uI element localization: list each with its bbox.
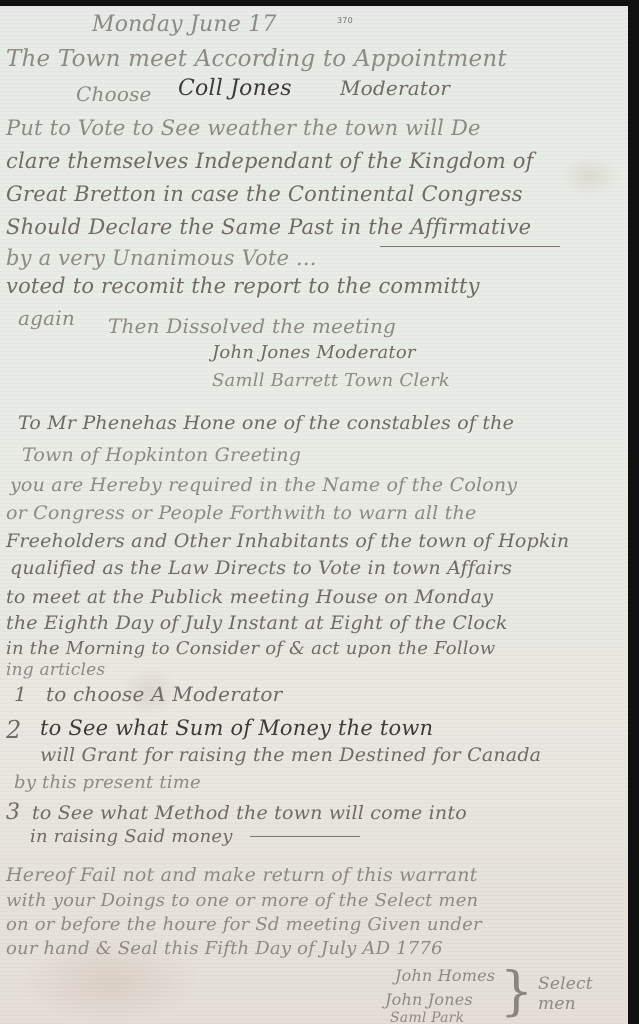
- article-continuation: by this present time: [14, 772, 201, 793]
- warrant-line: Town of Hopkinton Greeting: [22, 444, 301, 466]
- warrant-line: qualified as the Law Directs to Vote in …: [10, 557, 512, 579]
- signature-brace: }: [500, 966, 533, 1018]
- warrant-line: Freeholders and Other Inhabitants of the…: [6, 530, 569, 552]
- selectman-signature: Saml Park: [390, 1010, 464, 1024]
- clerk-signature: Samll Barrett Town Clerk: [212, 370, 450, 391]
- article-number: 3: [6, 800, 20, 825]
- moderator-title: Moderator: [340, 76, 450, 100]
- date-heading: Monday June 17: [92, 12, 277, 37]
- selectman-signature: John Jones: [385, 990, 473, 1009]
- paper-stain: [560, 156, 620, 196]
- warrant-line: to meet at the Publick meeting House on …: [6, 586, 493, 608]
- article-text: to See what Sum of Money the town: [40, 716, 433, 740]
- dissolved-line: Then Dissolved the meeting: [108, 314, 396, 338]
- article-text: to choose A Moderator: [46, 682, 282, 706]
- vote-line: clare themselves Independant of the King…: [6, 149, 534, 173]
- manuscript-page: Monday June 17 370 The Town meet Accordi…: [0, 6, 628, 1024]
- closing-line: our hand & Seal this Fifth Day of July A…: [6, 938, 443, 959]
- meeting-opening-line: The Town meet According to Appointment: [6, 46, 507, 72]
- choose-label: Choose: [76, 82, 152, 106]
- article-text: to See what Method the town will come in…: [32, 802, 467, 824]
- vote-line: by a very Unanimous Vote ...: [6, 246, 317, 270]
- closing-line: with your Doings to one or more of the S…: [6, 890, 478, 911]
- moderator-signature: John Jones Moderator: [212, 342, 416, 363]
- article-continuation: will Grant for raising the men Destined …: [40, 744, 541, 766]
- article-continuation: in raising Said money: [30, 826, 233, 847]
- vote-line: Should Declare the Same Past in the Affi…: [6, 215, 531, 239]
- vote-line: Put to Vote to See weather the town will…: [6, 116, 481, 140]
- warrant-line: in the Morning to Consider of & act upon…: [6, 638, 495, 659]
- page-number: 370: [337, 16, 353, 25]
- recommit-line: again: [18, 306, 75, 330]
- warrant-line: ing articles: [6, 660, 105, 680]
- page-right-edge: [628, 0, 639, 1024]
- article-number: 1: [14, 682, 27, 706]
- closing-line: Hereof Fail not and make return of this …: [6, 864, 478, 886]
- recommit-line: voted to recomit the report to the commi…: [6, 274, 480, 298]
- warrant-line: To Mr Phenehas Hone one of the constable…: [18, 412, 514, 434]
- flourish-rule: [380, 246, 560, 247]
- warrant-line: you are Hereby required in the Name of t…: [10, 474, 517, 496]
- selectman-signature: John Homes: [395, 966, 495, 985]
- selectmen-title: Select men: [538, 974, 608, 1014]
- closing-line: on or before the houre for Sd meeting Gi…: [6, 914, 482, 935]
- moderator-name: Coll Jones: [178, 76, 292, 101]
- warrant-line: or Congress or People Forthwith to warn …: [6, 502, 476, 524]
- flourish-rule: [250, 836, 360, 837]
- warrant-line: the Eighth Day of July Instant at Eight …: [6, 612, 508, 634]
- vote-line: Great Bretton in case the Continental Co…: [6, 182, 523, 206]
- article-number: 2: [6, 716, 21, 744]
- page-top-edge: [0, 0, 639, 6]
